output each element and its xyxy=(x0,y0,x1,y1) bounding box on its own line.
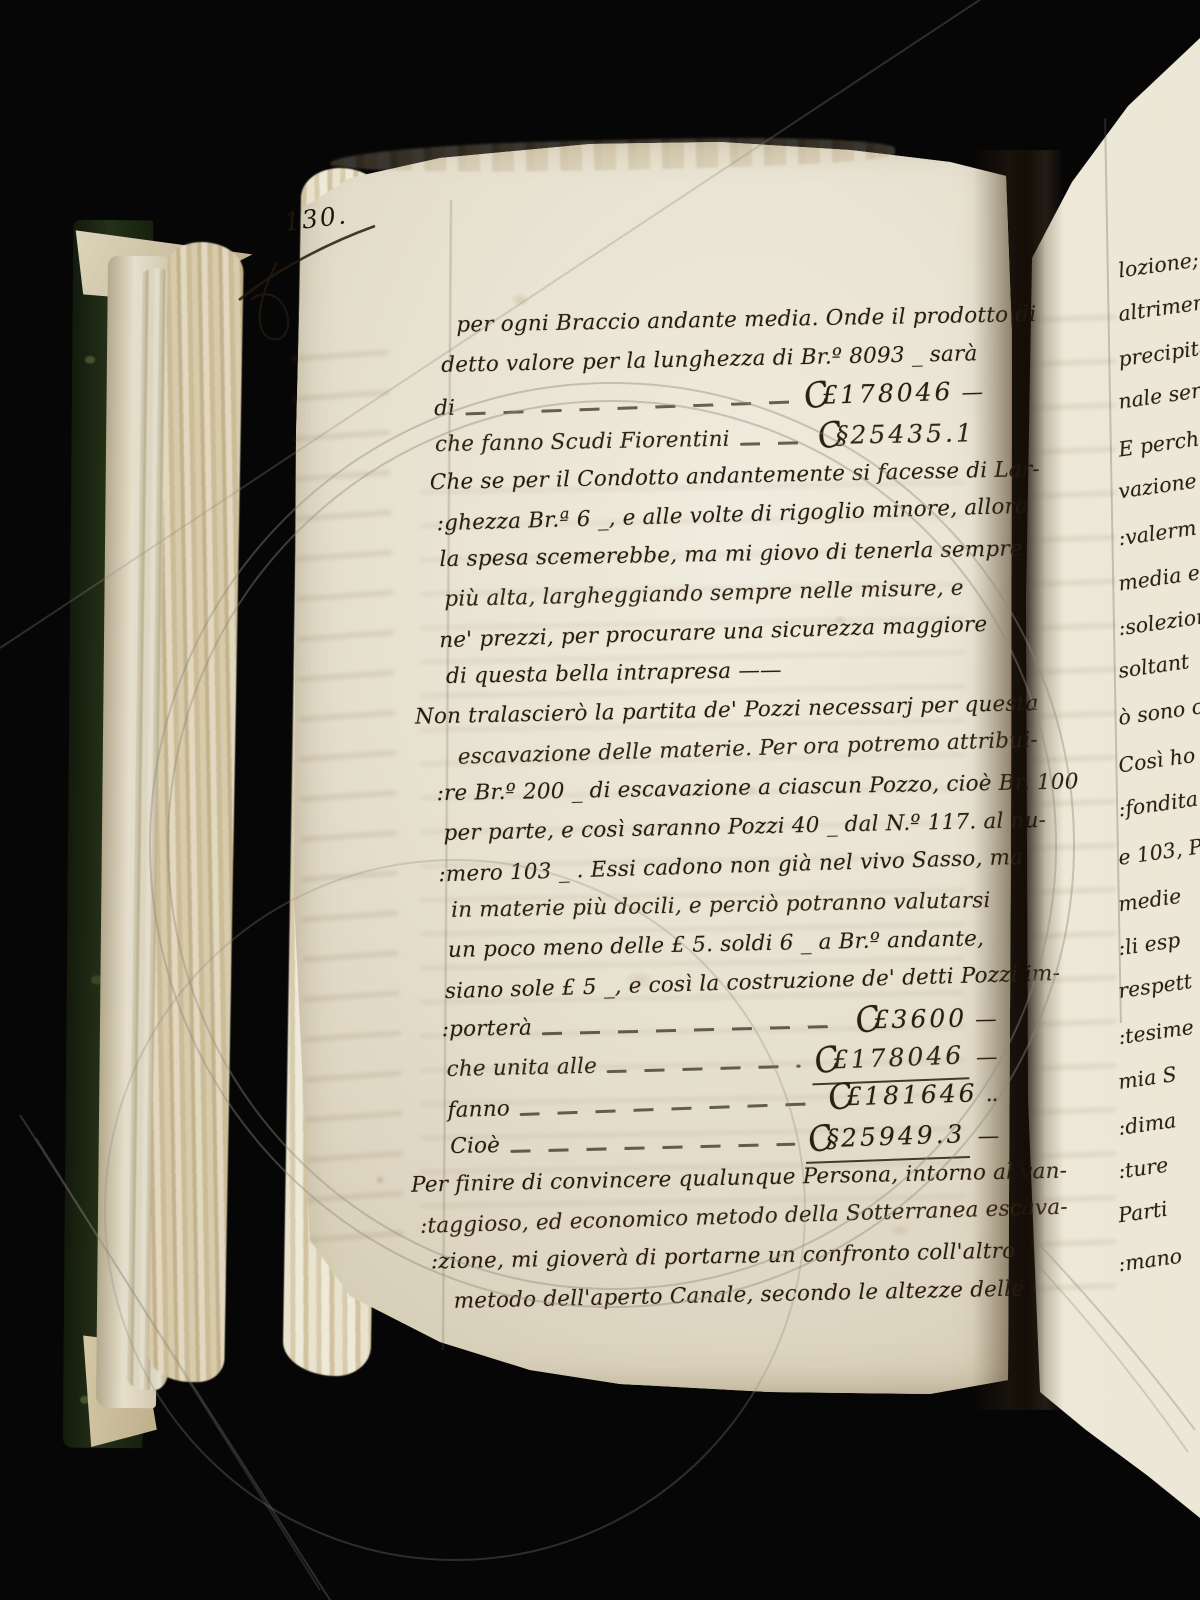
handwritten-text: di questa bella intrapresa —— xyxy=(446,658,782,689)
ledger-dashes xyxy=(520,1102,817,1116)
ledger-label: :porterà xyxy=(441,1008,532,1049)
amount-value: 3600 xyxy=(891,1003,967,1033)
ledger-label: Cioè xyxy=(450,1126,501,1166)
trail-dash: — xyxy=(961,373,983,413)
handwritten-text: la spesa scemerebbe, ma mi giovo di tene… xyxy=(439,536,1023,572)
handwritten-text: :re Br.º 200 _ di escavazione a ciascun … xyxy=(436,769,1078,806)
handwritten-text: detto valore per la lunghezza di Br.º 80… xyxy=(441,341,978,378)
amount-value: 25949.3 xyxy=(841,1119,966,1152)
currency-flourish: C xyxy=(853,1007,884,1033)
currency-flourish: C xyxy=(806,1126,837,1152)
handwritten-text: :zione, mi gioverà di portarne un confro… xyxy=(431,1239,1016,1275)
ledger-amount-group: C§25435.1 xyxy=(816,413,975,457)
ink-bleedthrough xyxy=(292,329,404,1251)
trail-dash: — xyxy=(976,1038,997,1077)
ledger-dashes xyxy=(510,1143,795,1153)
handwritten-text: escavazione delle materie. Per ora potre… xyxy=(457,728,1038,770)
ledger-dashes xyxy=(740,441,807,446)
trail-dash: — xyxy=(975,1000,996,1039)
trail-dash: .. xyxy=(985,1075,998,1114)
handwritten-text: ne' prezzi, per procurare una sicurezza … xyxy=(439,612,988,653)
handwritten-text: un poco meno delle £ 5. soldi 6 _ a Br.º… xyxy=(448,926,985,963)
ledger-amount-group: C£181646 xyxy=(826,1073,978,1118)
ledger-dashes xyxy=(465,400,793,415)
amount-value: 25435.1 xyxy=(850,418,975,449)
ledger-dashes xyxy=(607,1065,801,1074)
currency-flourish: C xyxy=(801,383,832,409)
ledger-label: che fanno Scudi Fiorentini xyxy=(435,420,730,464)
amount-value: 178046 xyxy=(850,1040,964,1073)
ledger-amount-group: C§25949.3 xyxy=(805,1114,971,1164)
currency-flourish: C xyxy=(815,423,846,449)
currency-flourish: C xyxy=(825,1084,856,1110)
manuscript-photograph: 130. per ogni Braccio andante media. Ond… xyxy=(0,0,1200,1600)
handwritten-text: più alta, largheggiando sempre nelle mis… xyxy=(444,576,964,612)
handwritten-text: per ogni Braccio andante media. Onde il … xyxy=(456,302,1036,338)
amount-value: 178046 xyxy=(840,377,954,409)
trail-dash: — xyxy=(977,1117,998,1156)
handwritten-text: :mero 103 _ . Essi cadono non già nel vi… xyxy=(438,845,1024,887)
manuscript-text: per ogni Braccio andante media. Onde il … xyxy=(392,295,1002,1322)
handwritten-text: in materie più docili, e perciò potranno… xyxy=(451,888,991,923)
handwritten-text: metodo dell'aperto Canale, secondo le al… xyxy=(453,1276,1024,1313)
ledger-label: che unita alle xyxy=(446,1047,597,1089)
ink-bleedthrough xyxy=(1032,290,1116,1310)
amount-value: 181646 xyxy=(864,1078,978,1110)
currency-flourish: C xyxy=(812,1047,843,1074)
ledger-amount-group: C£178046 xyxy=(802,372,954,417)
ledger-dashes xyxy=(542,1025,844,1036)
